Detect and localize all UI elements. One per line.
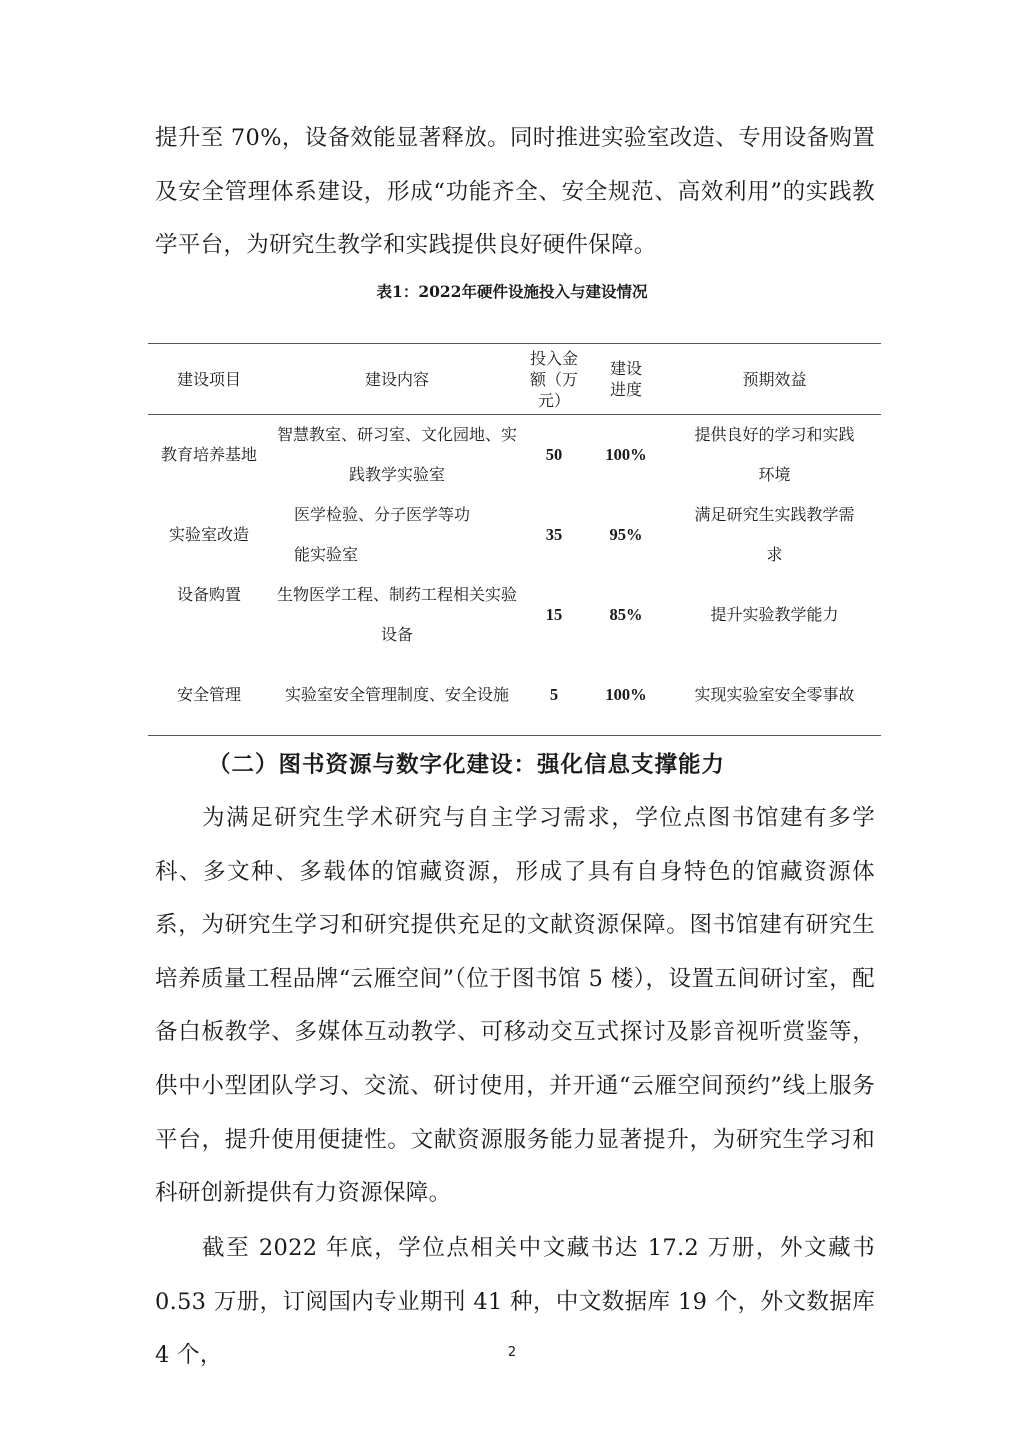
cell-content: 医学检验、分子医学等功能实验室 [270, 495, 524, 575]
table-header-row: 建设项目 建设内容 投入金额（万元） 建设进度 预期效益 [148, 344, 881, 415]
cell-progress: 95% [584, 495, 668, 575]
document-page: 提升至 70%，设备效能显著释放。同时推进实验室改造、专用设备购置及安全管理体系… [0, 0, 1024, 1448]
cell-content: 智慧教室、研习室、文化园地、实践教学实验室 [270, 415, 524, 496]
cell-project: 安全管理 [148, 655, 270, 736]
cell-project: 设备购置 [148, 575, 270, 655]
cell-amount: 35 [524, 495, 584, 575]
library-paragraph: 为满足研究生学术研究与自主学习需求，学位点图书馆建有多学科、多文种、多载体的馆藏… [155, 792, 875, 1221]
header-amount: 投入金额（万元） [524, 344, 584, 415]
cell-progress: 100% [584, 415, 668, 496]
intro-line: 提升至 70%，设备效能显著释放。同时推进实验室改造、专用设备购 [155, 125, 852, 151]
cell-amount: 15 [524, 575, 584, 655]
table-row: 安全管理 实验室安全管理制度、安全设施 5 100% 实现实验室安全零事故 [148, 655, 881, 736]
header-content: 建设内容 [270, 344, 524, 415]
cell-benefit: 提供良好的学习和实践环境 [668, 415, 881, 496]
page-number: 2 [0, 1345, 1024, 1360]
header-project: 建设项目 [148, 344, 270, 415]
cell-project: 教育培养基地 [148, 415, 270, 496]
cell-content: 实验室安全管理制度、安全设施 [270, 655, 524, 736]
cell-content: 生物医学工程、制药工程相关实验设备 [270, 575, 524, 655]
hardware-investment-table: 建设项目 建设内容 投入金额（万元） 建设进度 预期效益 教育培养基地 智慧教室… [148, 343, 881, 736]
intro-paragraph: 提升至 70%，设备效能显著释放。同时推进实验室改造、专用设备购置及安全管理体系… [155, 112, 875, 273]
cell-benefit: 提升实验教学能力 [668, 575, 881, 655]
cell-benefit: 满足研究生实践教学需求 [668, 495, 881, 575]
table-row: 实验室改造 医学检验、分子医学等功能实验室 35 95% 满足研究生实践教学需求 [148, 495, 881, 575]
cell-benefit: 实现实验室安全零事故 [668, 655, 881, 736]
cell-progress: 100% [584, 655, 668, 736]
table-row: 设备购置 生物医学工程、制药工程相关实验设备 15 85% 提升实验教学能力 [148, 575, 881, 655]
cell-progress: 85% [584, 575, 668, 655]
header-benefit: 预期效益 [668, 344, 881, 415]
table-caption: 表1：2022年硬件设施投入与建设情况 [0, 280, 1024, 302]
cell-amount: 50 [524, 415, 584, 496]
cell-amount: 5 [524, 655, 584, 736]
section-heading: （二）图书资源与数字化建设：强化信息支撑能力 [208, 747, 725, 779]
header-progress: 建设进度 [584, 344, 668, 415]
cell-project: 实验室改造 [148, 495, 270, 575]
table-row: 教育培养基地 智慧教室、研习室、文化园地、实践教学实验室 50 100% 提供良… [148, 415, 881, 496]
